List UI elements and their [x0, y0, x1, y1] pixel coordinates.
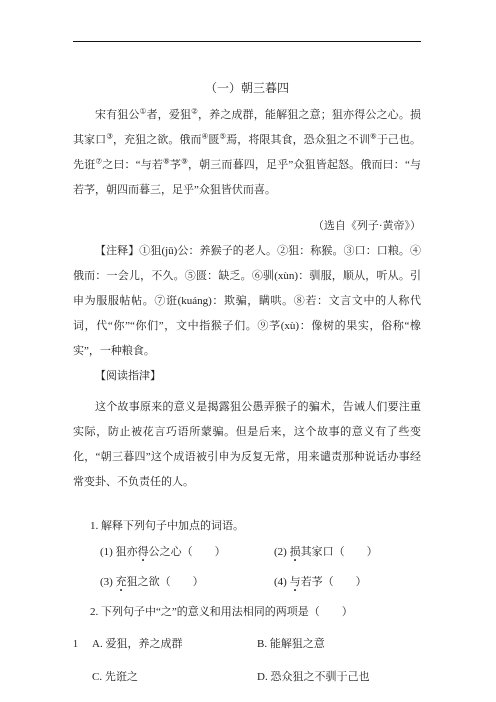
document-content: （一）朝三暮四 宋有狙公①者，爱狙②，养之成群，能解狙之意；狙亦得公之心。损其家…	[73, 76, 421, 690]
note-reference-superscript: ②	[191, 106, 198, 115]
note-reference-superscript: ①	[140, 106, 147, 115]
question-1-item-1: (1) 狙亦得公之心（ ）	[100, 540, 274, 565]
emphasized-character: 与	[290, 570, 301, 595]
question-2-row-2: C. 先诳之 D. 恐众狙之不驯于己也	[73, 665, 421, 690]
question-1-row-1: (1) 狙亦得公之心（ ） (2) 损其家口（ ）	[73, 540, 421, 565]
question-2-options: A. 爱狙，养之成群 B. 能解狙之意 C. 先诳之 D. 恐众狙之不驯于己也	[73, 632, 421, 690]
passage-source: （选自《列子·黄帝》）	[73, 214, 421, 239]
question-1-label: 1. 解释下列句子中加点的词语。	[73, 514, 421, 539]
passage-paragraph: 宋有狙公①者，爱狙②，养之成群，能解狙之意；狙亦得公之心。损其家口③，充狙之欲。…	[73, 103, 421, 203]
question-1-items: (1) 狙亦得公之心（ ） (2) 损其家口（ ） (3) 充狙之欲（ ） (4…	[73, 540, 421, 595]
question-1-item-2: (2) 损其家口（ ）	[274, 540, 378, 565]
question-1-row-2: (3) 充狙之欲（ ） (4) 与若芧（ ）	[73, 570, 421, 595]
emphasized-character: 损	[290, 540, 301, 565]
annotations-paragraph: 【注释】①狙(jū)公：养猴子的老人。②狙：称猴。③口：口粮。④俄而：一会儿，不…	[73, 239, 421, 364]
question-2-option-b: B. 能解狙之意	[257, 632, 325, 657]
guidance-heading: 【阅读指津】	[73, 364, 421, 389]
header-separator-line	[73, 41, 421, 42]
document-page: （一）朝三暮四 宋有狙公①者，爱狙②，养之成群，能解狙之意；狙亦得公之心。损其家…	[0, 0, 496, 702]
note-reference-superscript: ④	[202, 131, 209, 140]
question-2-label: 2. 下列句子中“之”的意义和用法相同的两项是（ ）	[73, 600, 421, 625]
guidance-paragraph: 这个故事原来的意义是揭露狙公愚弄猴子的骗术，告诫人们要注重实际，防止被花言巧语所…	[73, 395, 421, 495]
passage-title: （一）朝三暮四	[73, 76, 421, 101]
question-2-row-1: A. 爱狙，养之成群 B. 能解狙之意	[73, 632, 421, 657]
question-1-item-3: (3) 充狙之欲（ ）	[100, 570, 274, 595]
note-reference-superscript: ⑥	[370, 131, 377, 140]
note-reference-superscript: ⑤	[219, 131, 226, 140]
emphasized-character: 得	[138, 540, 149, 565]
question-2-option-d: D. 恐众狙之不驯于己也	[257, 665, 369, 690]
note-reference-superscript: ③	[106, 131, 113, 140]
page-number: 1	[73, 638, 78, 652]
question-2-option-a: A. 爱狙，养之成群	[92, 632, 257, 657]
note-reference-superscript: ⑧	[163, 156, 170, 165]
question-2-option-c: C. 先诳之	[92, 665, 257, 690]
note-reference-superscript: ⑨	[181, 156, 188, 165]
question-1-item-4: (4) 与若芧（ ）	[274, 570, 367, 595]
note-reference-superscript: ⑦	[95, 156, 102, 165]
emphasized-character: 充	[116, 570, 127, 595]
